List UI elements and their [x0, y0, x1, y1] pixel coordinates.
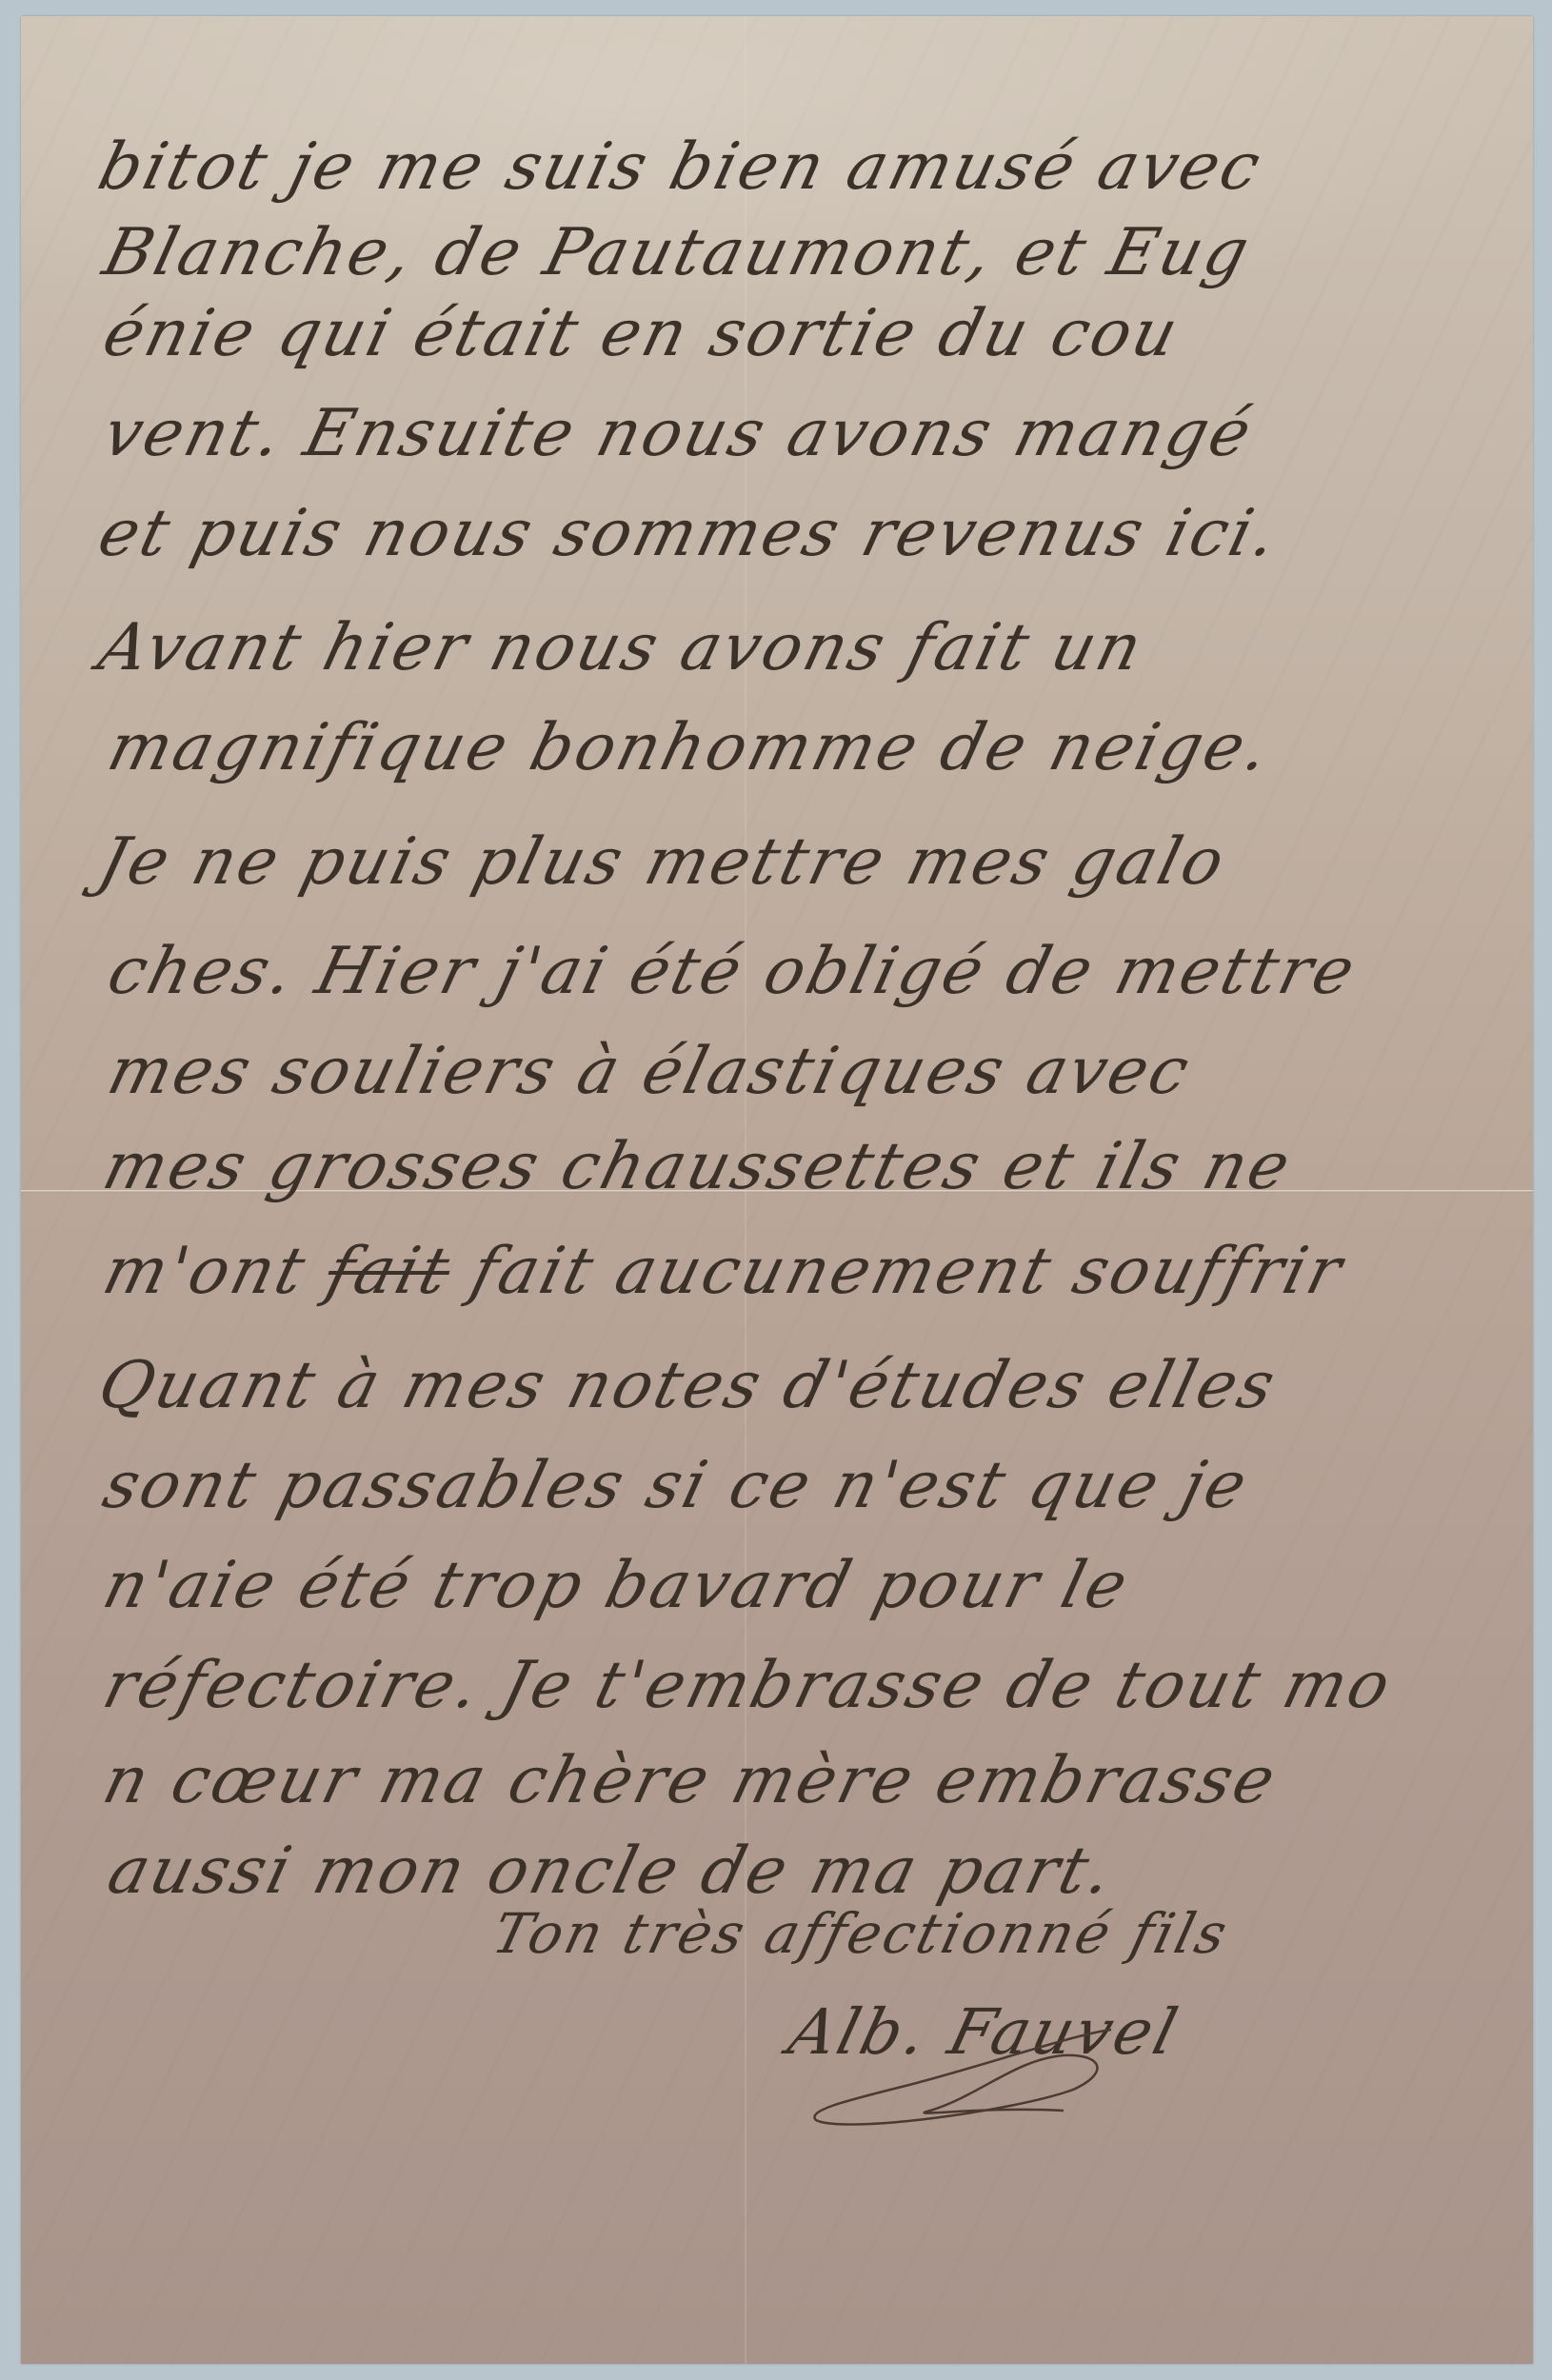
line-prefix: m'ont — [96, 1234, 315, 1309]
letter-line: n cœur ma chère mère embrasse — [97, 1749, 1283, 1814]
letter-line: Je ne puis plus mettre mes galo — [92, 830, 1233, 895]
signature-flourish-icon — [787, 2015, 1187, 2130]
letter-line: Quant à mes notes d'études elles — [92, 1354, 1283, 1418]
letter-line: bitot je me suis bien amusé avec — [92, 135, 1268, 200]
letter-line: magnifique bonhomme de neige. — [102, 716, 1278, 781]
letter-line: vent. Ensuite nous avons mangé — [97, 402, 1260, 466]
line-suffix: fait aucunement souffrir — [464, 1234, 1352, 1309]
letter-line: Avant hier nous avons fait un — [92, 616, 1150, 681]
letter-line: sont passables si ce n'est que je — [97, 1454, 1255, 1518]
letter-line: énie qui était en sortie du cou — [97, 302, 1186, 367]
letter-line: et puis nous sommes revenus ici. — [92, 502, 1285, 566]
letter-line: mes souliers à élastiques avec — [102, 1040, 1198, 1104]
letter-closing: Ton très affectionné fils — [487, 1906, 1235, 1961]
letter-paper: bitot je me suis bien amusé avec Blanche… — [21, 16, 1533, 2364]
letter-line: mes grosses chaussettes et ils ne — [97, 1135, 1299, 1200]
letter-line-with-correction: m'ont fait fait aucunement souffrir — [97, 1240, 1350, 1304]
letter-line: ches. Hier j'ai été obligé de mettre — [102, 940, 1363, 1004]
letter-line: Blanche, de Pautaumont, et Eug — [97, 221, 1257, 286]
letter-line: aussi mon oncle de ma part. — [102, 1839, 1121, 1904]
letter-line: réfectoire. Je t'embrasse de tout mo — [97, 1654, 1399, 1718]
crossed-out-word: fait — [320, 1234, 459, 1309]
letter-line: n'aie été trop bavard pour le — [97, 1554, 1136, 1618]
